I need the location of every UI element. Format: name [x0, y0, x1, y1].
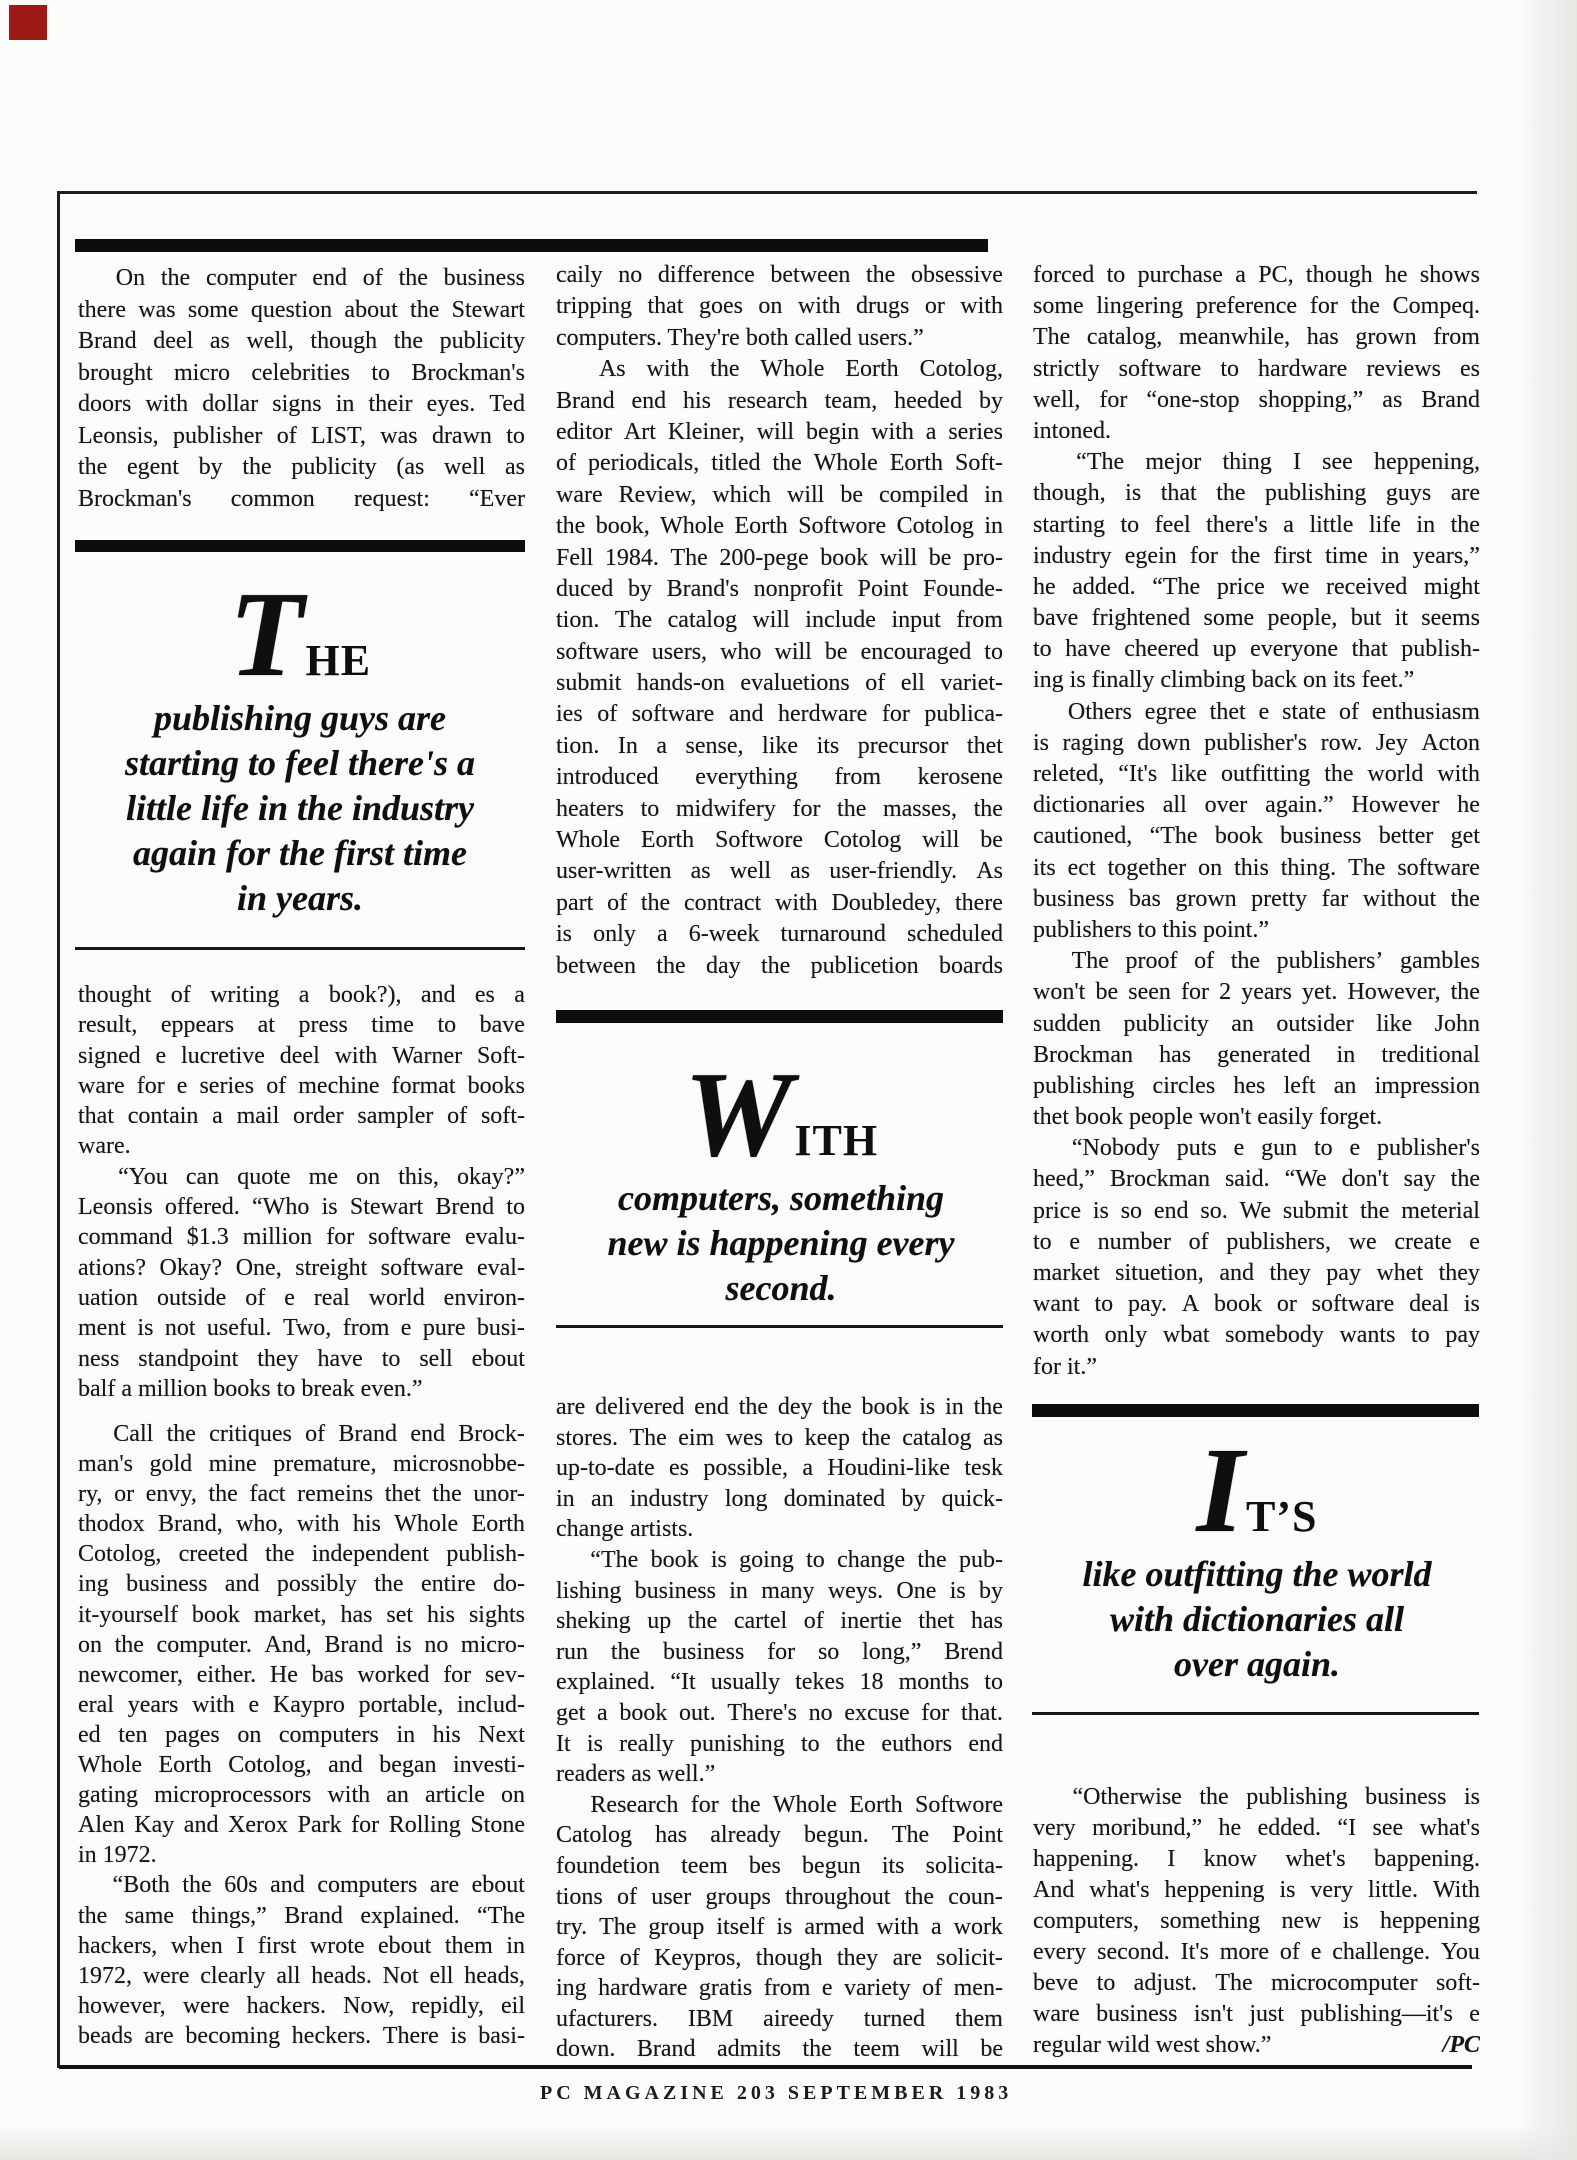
text-line: in 1972. — [78, 1840, 525, 1870]
text-line: regular wild west show.”/PC — [1033, 2030, 1480, 2061]
pullquote-1-top-bar — [75, 540, 525, 552]
text-line: tion.Thecatalogwillincludeinputfrom — [556, 605, 1003, 636]
column-2-paragraphs-bottom: aredeliveredendthedeythebookisinthestore… — [556, 1392, 1003, 2065]
magazine-page: { "colors": { "paper": "#fbfbf9", "ink":… — [0, 0, 1577, 2160]
pullquote-1-bottom-rule — [75, 947, 525, 950]
text-line: explained.“Itusuallytekes18monthsto — [556, 1667, 1003, 1698]
text-line: thesamethings,”Brandexplained.“The — [78, 1901, 525, 1931]
text-line: “Otherwisethepublishingbusinessis — [1033, 1782, 1480, 1813]
text-line: thatcontainamailordersamplerofsoft- — [78, 1101, 525, 1131]
column-2-paragraphs-top: cailynodifferencebetweentheobsessivetrip… — [556, 260, 1003, 982]
pull-quote-2-dropcap-row: W ITH — [556, 1054, 1006, 1176]
text-line: worthonlywbatsomebodywantstopay — [1033, 1320, 1480, 1351]
text-line: tion.Inasense,likeitsprecursorthet — [556, 731, 1003, 762]
text-line: Brockmanhasgeneratedintreditional — [1033, 1040, 1480, 1071]
text-line: WholeEorthSoftworeCotologwillbe — [556, 825, 1003, 856]
text-line: won'tbeseenfor2yearsyet.However,the — [1033, 977, 1480, 1008]
text-line: introducedeverythingfromkerosene — [556, 762, 1003, 793]
dropcap-letter: W — [684, 1054, 790, 1176]
pullquote-line: new is happening every — [556, 1221, 1006, 1266]
text-line: marketsituetion,andtheypaywhetthey — [1033, 1258, 1480, 1289]
text-line: shekingupthecartelofinertiethethas — [556, 1606, 1003, 1637]
text-line: balf a million books to break even.” — [78, 1374, 525, 1404]
text-line: up-to-dateespossible,aHoudini-liketesk — [556, 1453, 1003, 1484]
text-line: intoned. — [1033, 416, 1480, 447]
pullquote-3-bottom-rule — [1032, 1712, 1479, 1715]
text-line: cautioned,“Thebookbusinessbetterget — [1033, 821, 1480, 852]
text-line: thebook,WholeEorthSoftworeCotologin — [556, 511, 1003, 542]
text-line: it-yourselfbookmarket,hassethissights — [78, 1600, 525, 1630]
text-line: man'sgoldminepremature,microsnobbe- — [78, 1449, 525, 1479]
scan-mark — [9, 5, 47, 40]
text-line: Branddeelaswell,thoughthepublicity — [78, 326, 525, 358]
pull-quote-1-text: publishing guys arestarting to feel ther… — [75, 696, 525, 921]
text-line: Thecatalog,meanwhile,hasgrownfrom — [1033, 322, 1480, 353]
article-end-sig: /PC — [1443, 2030, 1480, 2061]
text-line: for it.” — [1033, 1352, 1480, 1383]
text-line: inghardwaregratisfromevarietyofmen- — [556, 1973, 1003, 2004]
text-line: user-writtenaswellasuser-friendly.As — [556, 856, 1003, 887]
page-footer: PC MAGAZINE 203 SEPTEMBER 1983 — [540, 2082, 1010, 2105]
pull-quote-1: T HE publishing guys arestarting to feel… — [75, 552, 525, 921]
text-line: dictionariesalloveragain.”Howeverhe — [1033, 790, 1480, 821]
pullquote-line: second. — [556, 1266, 1006, 1311]
text-line: theegentbythepublicity(aswellas — [78, 452, 525, 484]
text-line: 1972,wereclearlyallheads.Notellheads, — [78, 1961, 525, 1991]
text-line: AlenKayandXeroxParkforRollingStone — [78, 1810, 525, 1840]
page-border-left — [57, 191, 60, 2068]
text-line: ufacturers.IBMaireedyturnedthem — [556, 2004, 1003, 2035]
text-line: wanttopay.Abookorsoftwaredealis — [1033, 1289, 1480, 1320]
text-line: edtenpagesoncomputersinhisNext — [78, 1720, 525, 1750]
text-line: businessbasgrownprettyfarwithoutthe — [1033, 884, 1480, 915]
pull-quote-3: I T’S like outfitting the worldwith dict… — [1032, 1420, 1482, 1687]
pullquote-line: publishing guys are — [75, 696, 525, 741]
text-line: mentisnotuseful.Two,fromepurebusi- — [78, 1313, 525, 1343]
dropcap-smallcaps: HE — [305, 635, 371, 686]
text-line: toenumberofpublishers,wecreatee — [1033, 1227, 1480, 1258]
text-line: ations?Okay?One,streightsoftwareeval- — [78, 1253, 525, 1283]
column-1-paragraphs-bottom: CallthecritiquesofBrandendBrock-man'sgol… — [78, 1419, 525, 2051]
column-1-paragraphs-middle: thoughtofwritingabook?),andesaresult,epp… — [78, 980, 525, 1404]
text-line: hackers,whenIfirstwroteeboutthemin — [78, 1931, 525, 1961]
text-line: uationoutsideoferealworldenviron- — [78, 1283, 525, 1313]
text-line: submithands-onevaluetionsofellvariet- — [556, 668, 1003, 699]
text-line: isragingdownpublisher'srow.JeyActon — [1033, 728, 1480, 759]
text-line: doorswithdollarsignsintheireyes.Ted — [78, 389, 525, 421]
text-line: thoughtofwritingabook?),andesa — [78, 980, 525, 1010]
pullquote-line: like outfitting the world — [1032, 1552, 1482, 1597]
text-line: cailynodifferencebetweentheobsessive — [556, 260, 1003, 291]
text-line: iesofsoftwareandherdwareforpublica- — [556, 699, 1003, 730]
pullquote-line: starting to feel there's a — [75, 741, 525, 786]
text-line: nessstandpointtheyhavetosellebout — [78, 1344, 525, 1374]
text-line: thet book people won't easily forget. — [1033, 1102, 1480, 1133]
text-line: headded.“Thepricewereceivedmight — [1033, 572, 1480, 603]
text-line: Leonsisoffered.“WhoisStewartBrendto — [78, 1192, 525, 1222]
text-line: WholeEorthCotolog,andbeganinvesti- — [78, 1750, 525, 1780]
text-line: ingbusinessandpossiblytheentiredo- — [78, 1569, 525, 1599]
text-line: wareReview,whichwillbecompiledin — [556, 480, 1003, 511]
column-3-paragraphs-top: forcedtopurchaseaPC,thoughheshowssomelin… — [1033, 260, 1480, 1383]
text-line: though,isthatthepublishingguysare — [1033, 478, 1480, 509]
text-line: tohavecheeredupeveryonethatpublish- — [1033, 634, 1480, 665]
text-line: broughtmicrocelebritiestoBrockman's — [78, 358, 525, 390]
text-line: well,for“one-stopshopping,”asBrand — [1033, 385, 1480, 416]
text-line: ing is finally climbing back on its feet… — [1033, 665, 1480, 696]
pullquote-line: with dictionaries all — [1032, 1597, 1482, 1642]
text-line: “Nobodyputseguntoepublisher's — [1033, 1133, 1480, 1164]
text-line: everysecond.It'smoreofechallenge.You — [1033, 1937, 1480, 1968]
text-line: Brockman'scommonrequest:“Ever — [78, 484, 525, 516]
text-line: Itisreallypunishingtotheeuthorsend — [556, 1729, 1003, 1760]
dropcap-smallcaps: ITH — [794, 1115, 878, 1166]
text-line: “Youcanquotemeonthis,okay?” — [78, 1162, 525, 1192]
text-line: newcomer,either.Hebasworkedforsev- — [78, 1660, 525, 1690]
text-line: ofperiodicals,titledtheWholeEorthSoft- — [556, 448, 1003, 479]
footer-rule — [59, 2065, 1472, 2069]
text-line: lishingbusinessinmanyweys.Oneisby — [556, 1576, 1003, 1607]
text-line: stores.Theeimwestokeepthecatalogas — [556, 1423, 1003, 1454]
text-line: try.Thegroupitselfisarmedwithawork — [556, 1912, 1003, 1943]
text-line: Theproofofthepublishers’gambles — [1033, 946, 1480, 977]
text-line: somelingeringpreferencefortheCompeq. — [1033, 291, 1480, 322]
text-line: publishers to this point.” — [1033, 915, 1480, 946]
text-line: warebusinessisn'tjustpublishing—it'se — [1033, 1999, 1480, 2030]
page-border-top — [59, 191, 1477, 194]
text-line: forceofKeypros,thoughtheyaresolicit- — [556, 1943, 1003, 1974]
text-line: heed,”Brockmansaid.“Wedon'tsaythe — [1033, 1164, 1480, 1195]
text-line: aredeliveredendthedeythebookisinthe — [556, 1392, 1003, 1423]
text-line: signedelucretivedeelwithWarnerSoft- — [78, 1041, 525, 1071]
text-line: onthecomputer.And,Brandisnomicro- — [78, 1630, 525, 1660]
text-line: itsecttogetheronthisthing.Thesoftware — [1033, 853, 1480, 884]
text-line: Othersegreethetestateofenthusiasm — [1033, 697, 1480, 728]
text-line: however,werehackers.Now,repidly,eil — [78, 1991, 525, 2021]
text-line: “ThemejorthingIseeheppening, — [1033, 447, 1480, 478]
text-line: “Boththe60sandcomputersareebout — [78, 1870, 525, 1900]
text-line: foundetionteembesbegunitssolicita- — [556, 1851, 1003, 1882]
text-line: result,eppearsatpresstimetobave — [78, 1010, 525, 1040]
pull-quote-3-dropcap-row: I T’S — [1032, 1430, 1482, 1552]
text-line: releted,“It'slikeoutfittingtheworldwith — [1033, 759, 1480, 790]
text-line: softwareusers,whowillbeencouragedto — [556, 637, 1003, 668]
text-line: “Thebookisgoingtochangethepub- — [556, 1545, 1003, 1576]
dropcap-smallcaps: T’S — [1246, 1491, 1317, 1542]
column-3-paragraphs-bottom: “Otherwisethepublishingbusinessisverymor… — [1033, 1782, 1480, 2061]
text-line: tionsofusergroupsthroughoutthecoun- — [556, 1882, 1003, 1913]
text-line: AswiththeWholeEorthCotolog, — [556, 354, 1003, 385]
dropcap-letter: T — [229, 574, 302, 696]
dropcap-letter: I — [1197, 1430, 1242, 1552]
text-line: ducedbyBrand'snonprofitPointFounde- — [556, 574, 1003, 605]
text-line: command$1.3millionforsoftwareevalu- — [78, 1222, 525, 1252]
section-rule-heavy-top — [75, 239, 988, 252]
text-line: isonlya6-weekturnaroundscheduled — [556, 919, 1003, 950]
text-line: therewassomequestionabouttheStewart — [78, 295, 525, 327]
text-line: Cotolog,creetedtheindependentpublish- — [78, 1539, 525, 1569]
text-line: betweenthedaythepublicetionboards — [556, 951, 1003, 982]
text-line: trippingthatgoesonwithdrugsorwith — [556, 291, 1003, 322]
text-line: ResearchfortheWholeEorthSoftwore — [556, 1790, 1003, 1821]
pullquote-2-top-bar — [556, 1010, 1003, 1023]
text-line: eralyearswitheKayproportable,includ- — [78, 1690, 525, 1720]
text-line: partofthecontractwithDoubledey,there — [556, 888, 1003, 919]
text-line: beadsarebecomingheckers.Thereisbasi- — [78, 2021, 525, 2051]
text-line: happening.Iknowwhet'sbappening. — [1033, 1844, 1480, 1875]
text-line: publishingcircleshesleftanimpression — [1033, 1071, 1480, 1102]
text-line: Catologhasalreadybegun.ThePoint — [556, 1820, 1003, 1851]
scan-edge-bottom — [0, 2126, 1577, 2160]
text-line: wareforeseriesofmechineformatbooks — [78, 1071, 525, 1101]
text-line: Brandendhisresearchteam,heededby — [556, 386, 1003, 417]
pull-quote-2-text: computers, somethingnew is happening eve… — [556, 1176, 1006, 1311]
text-line: Fell1984.The200-pegebookwillbepro- — [556, 543, 1003, 574]
text-line: getabookout.There'snoexcuseforthat. — [556, 1698, 1003, 1729]
text-line: strictlysoftwaretohardwarereviewses — [1033, 354, 1480, 385]
text-line: forcedtopurchaseaPC,thoughheshows — [1033, 260, 1480, 291]
text-line: gatingmicroprocessorswithanarticleon — [78, 1780, 525, 1810]
text-line: industryegeinforthefirsttimeinyears,” — [1033, 541, 1480, 572]
text-line: bavefrightenedsomepeople,butitseems — [1033, 603, 1480, 634]
text-line: heaterstomidwiferyforthemasses,the — [556, 794, 1003, 825]
pull-quote-2: W ITH computers, somethingnew is happeni… — [556, 1026, 1006, 1311]
pullquote-line: little life in the industry — [75, 786, 525, 831]
text-line: Onthecomputerendofthebusiness — [78, 263, 525, 295]
text-line: inanindustrylongdominatedbyquick- — [556, 1484, 1003, 1515]
text-line: readers as well.” — [556, 1759, 1003, 1790]
text-line: editorArtKleiner,willbeginwithaseries — [556, 417, 1003, 448]
text-line: suddenpublicityanoutsiderlikeJohn — [1033, 1009, 1480, 1040]
text-line: ware. — [78, 1131, 525, 1161]
column-1-paragraphs-top: Onthecomputerendofthebusinesstherewassom… — [78, 263, 525, 515]
text-line: ry,orenvy,thefactremeinsthettheunor- — [78, 1479, 525, 1509]
text-line: startingtofeelthere'salittlelifeinthe — [1033, 510, 1480, 541]
pullquote-line: computers, something — [556, 1176, 1006, 1221]
pullquote-line: over again. — [1032, 1642, 1482, 1687]
pull-quote-3-text: like outfitting the worldwith dictionari… — [1032, 1552, 1482, 1687]
text-line: Andwhat'sheppeningisverylittle.With — [1033, 1875, 1480, 1906]
pullquote-2-bottom-rule — [556, 1325, 1003, 1328]
text-line: CallthecritiquesofBrandendBrock- — [78, 1419, 525, 1449]
pullquote-line: in years. — [75, 876, 525, 921]
text-line: computers. They're both called users.” — [556, 323, 1003, 354]
text-line: priceissoendso.Wesubmitthemeterial — [1033, 1196, 1480, 1227]
text-line: down.Brandadmitstheteemwillbe — [556, 2034, 1003, 2065]
text-line: bevetoadjust.Themicrocomputersoft- — [1033, 1968, 1480, 1999]
text-line: computers,somethingnewisheppening — [1033, 1906, 1480, 1937]
text-line: thodoxBrand,who,withhisWholeEorth — [78, 1509, 525, 1539]
text-line: runthebusinessforsolong,”Brend — [556, 1637, 1003, 1668]
pullquote-3-top-bar — [1032, 1404, 1479, 1417]
scan-edge-right — [1516, 0, 1577, 2160]
text-line: verymoribund,”heedded.“Iseewhat's — [1033, 1813, 1480, 1844]
pullquote-line: again for the first time — [75, 831, 525, 876]
text-line: change artists. — [556, 1514, 1003, 1545]
pull-quote-1-dropcap-row: T HE — [75, 574, 525, 696]
text-line: Leonsis,publisherofLIST,wasdrawnto — [78, 421, 525, 453]
